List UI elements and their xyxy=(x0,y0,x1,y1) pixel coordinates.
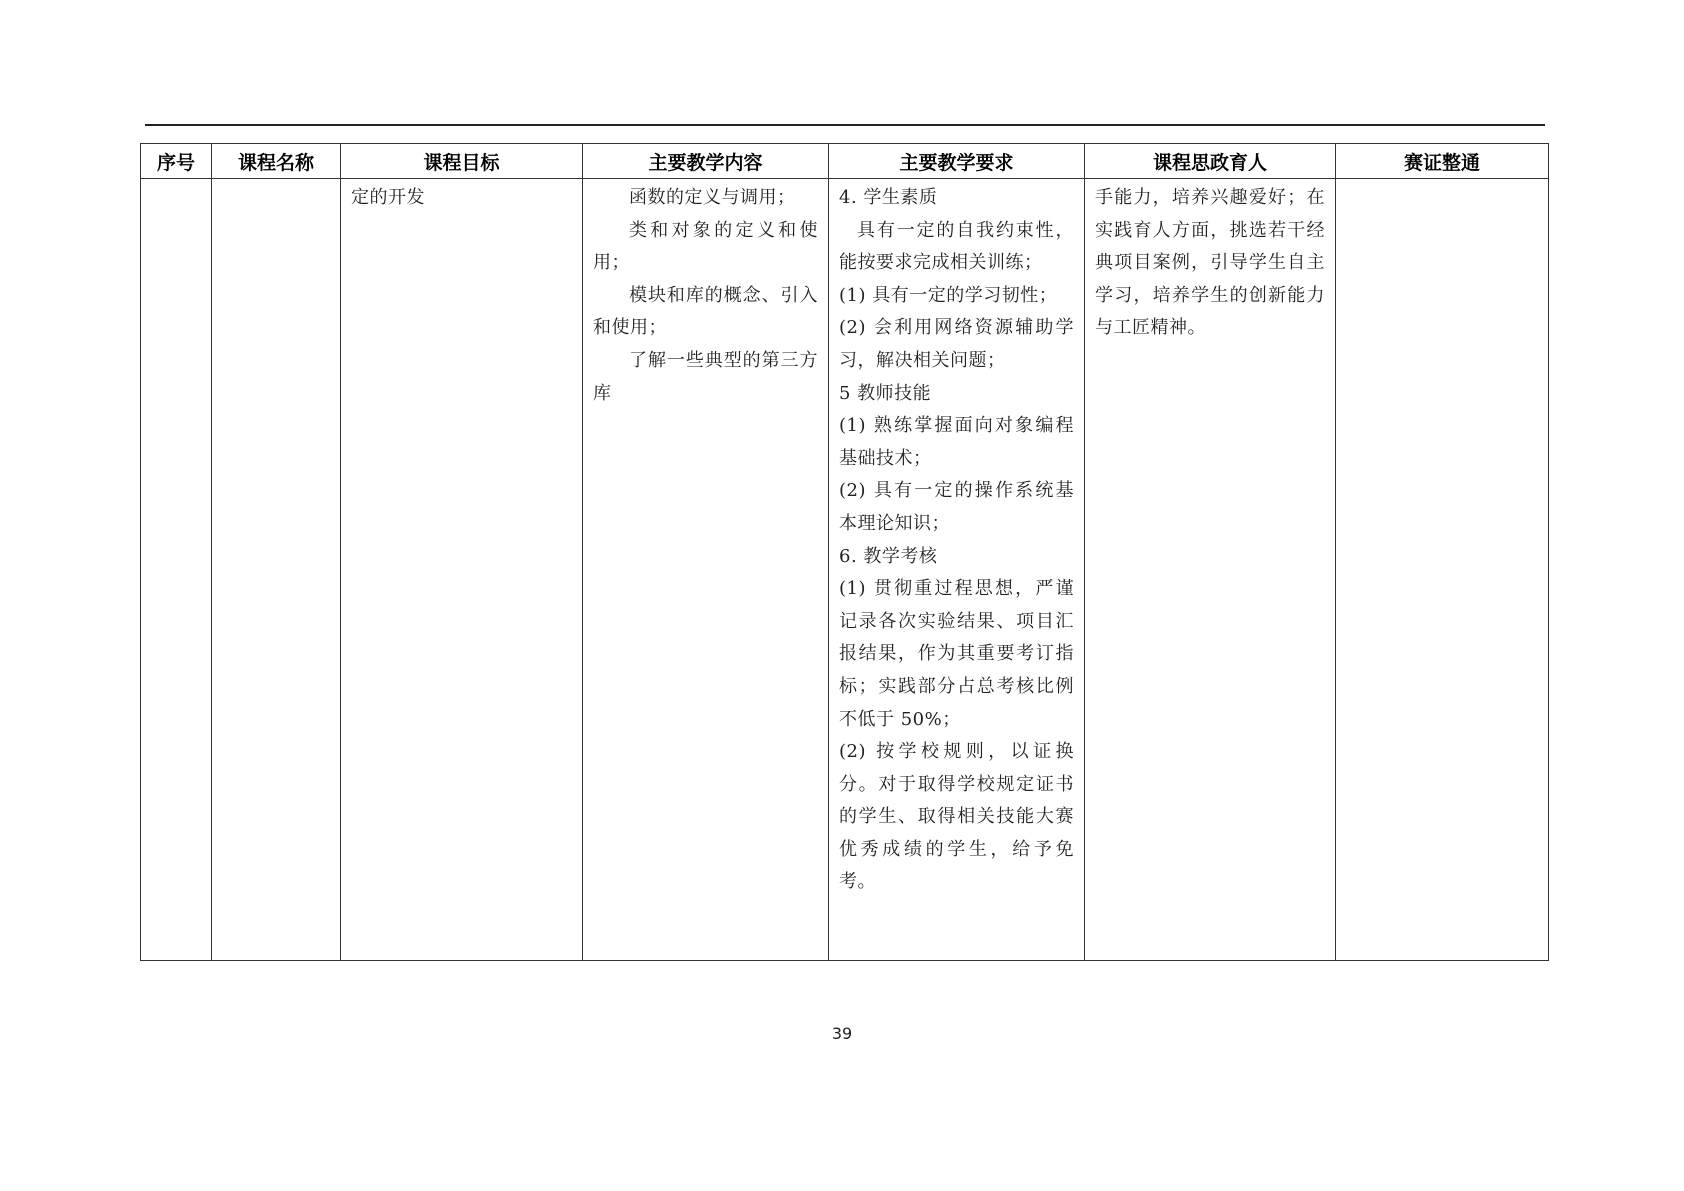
cell-ideology: 手能力，培养兴趣爱好；在实践育人方面，挑选若干经典项目案例，引导学生自主学习，培… xyxy=(1085,179,1336,961)
header-objective: 课程目标 xyxy=(341,144,583,179)
requirement-item: (1) 具有一定的学习韧性； xyxy=(839,280,1074,313)
cell-index xyxy=(141,179,212,961)
header-certification: 赛证整通 xyxy=(1336,144,1549,179)
page-number: 39 xyxy=(0,1024,1684,1043)
cell-requirements: 4. 学生素质 具有一定的自我约束性，能按要求完成相关训练； (1) 具有一定的… xyxy=(829,179,1085,961)
requirement-item: 6. 教学考核 xyxy=(839,541,1074,574)
requirement-item: (1) 熟练掌握面向对象编程基础技术； xyxy=(839,410,1074,475)
requirement-item: (2) 具有一定的操作系统基本理论知识； xyxy=(839,475,1074,540)
table-row: 定的开发 函数的定义与调用； 类和对象的定义和使用； 模块和库的概念、引入和使用… xyxy=(141,179,1549,961)
header-content: 主要教学内容 xyxy=(583,144,829,179)
requirement-item: (1) 贯彻重过程思想，严谨记录各次实验结果、项目汇报结果，作为其重要考订指标；… xyxy=(839,573,1074,736)
header-course-name: 课程名称 xyxy=(212,144,341,179)
requirement-item: (2) 按学校规则，以证换分。对于取得学校规定证书的学生、取得相关技能大赛优秀成… xyxy=(839,736,1074,899)
cell-content: 函数的定义与调用； 类和对象的定义和使用； 模块和库的概念、引入和使用； 了解一… xyxy=(583,179,829,961)
objective-text: 定的开发 xyxy=(351,182,572,215)
curriculum-table: 序号 课程名称 课程目标 主要教学内容 主要教学要求 课程思政育人 赛证整通 定… xyxy=(140,143,1549,961)
header-index: 序号 xyxy=(141,144,212,179)
table-header-row: 序号 课程名称 课程目标 主要教学内容 主要教学要求 课程思政育人 赛证整通 xyxy=(141,144,1549,179)
requirement-item: 4. 学生素质 xyxy=(839,182,1074,215)
content-item: 函数的定义与调用； xyxy=(593,182,818,215)
cell-course-name xyxy=(212,179,341,961)
cell-certification xyxy=(1336,179,1549,961)
header-rule xyxy=(145,124,1545,126)
content-item: 了解一些典型的第三方库 xyxy=(593,345,818,410)
requirement-item: 5 教师技能 xyxy=(839,378,1074,411)
ideology-text: 手能力，培养兴趣爱好；在实践育人方面，挑选若干经典项目案例，引导学生自主学习，培… xyxy=(1095,182,1325,345)
requirement-item: 具有一定的自我约束性，能按要求完成相关训练； xyxy=(839,215,1074,280)
content-item: 类和对象的定义和使用； xyxy=(593,215,818,280)
requirement-item: (2) 会利用网络资源辅助学习，解决相关问题； xyxy=(839,312,1074,377)
cell-objective: 定的开发 xyxy=(341,179,583,961)
content-item: 模块和库的概念、引入和使用； xyxy=(593,280,818,345)
header-ideology: 课程思政育人 xyxy=(1085,144,1336,179)
header-requirements: 主要教学要求 xyxy=(829,144,1085,179)
